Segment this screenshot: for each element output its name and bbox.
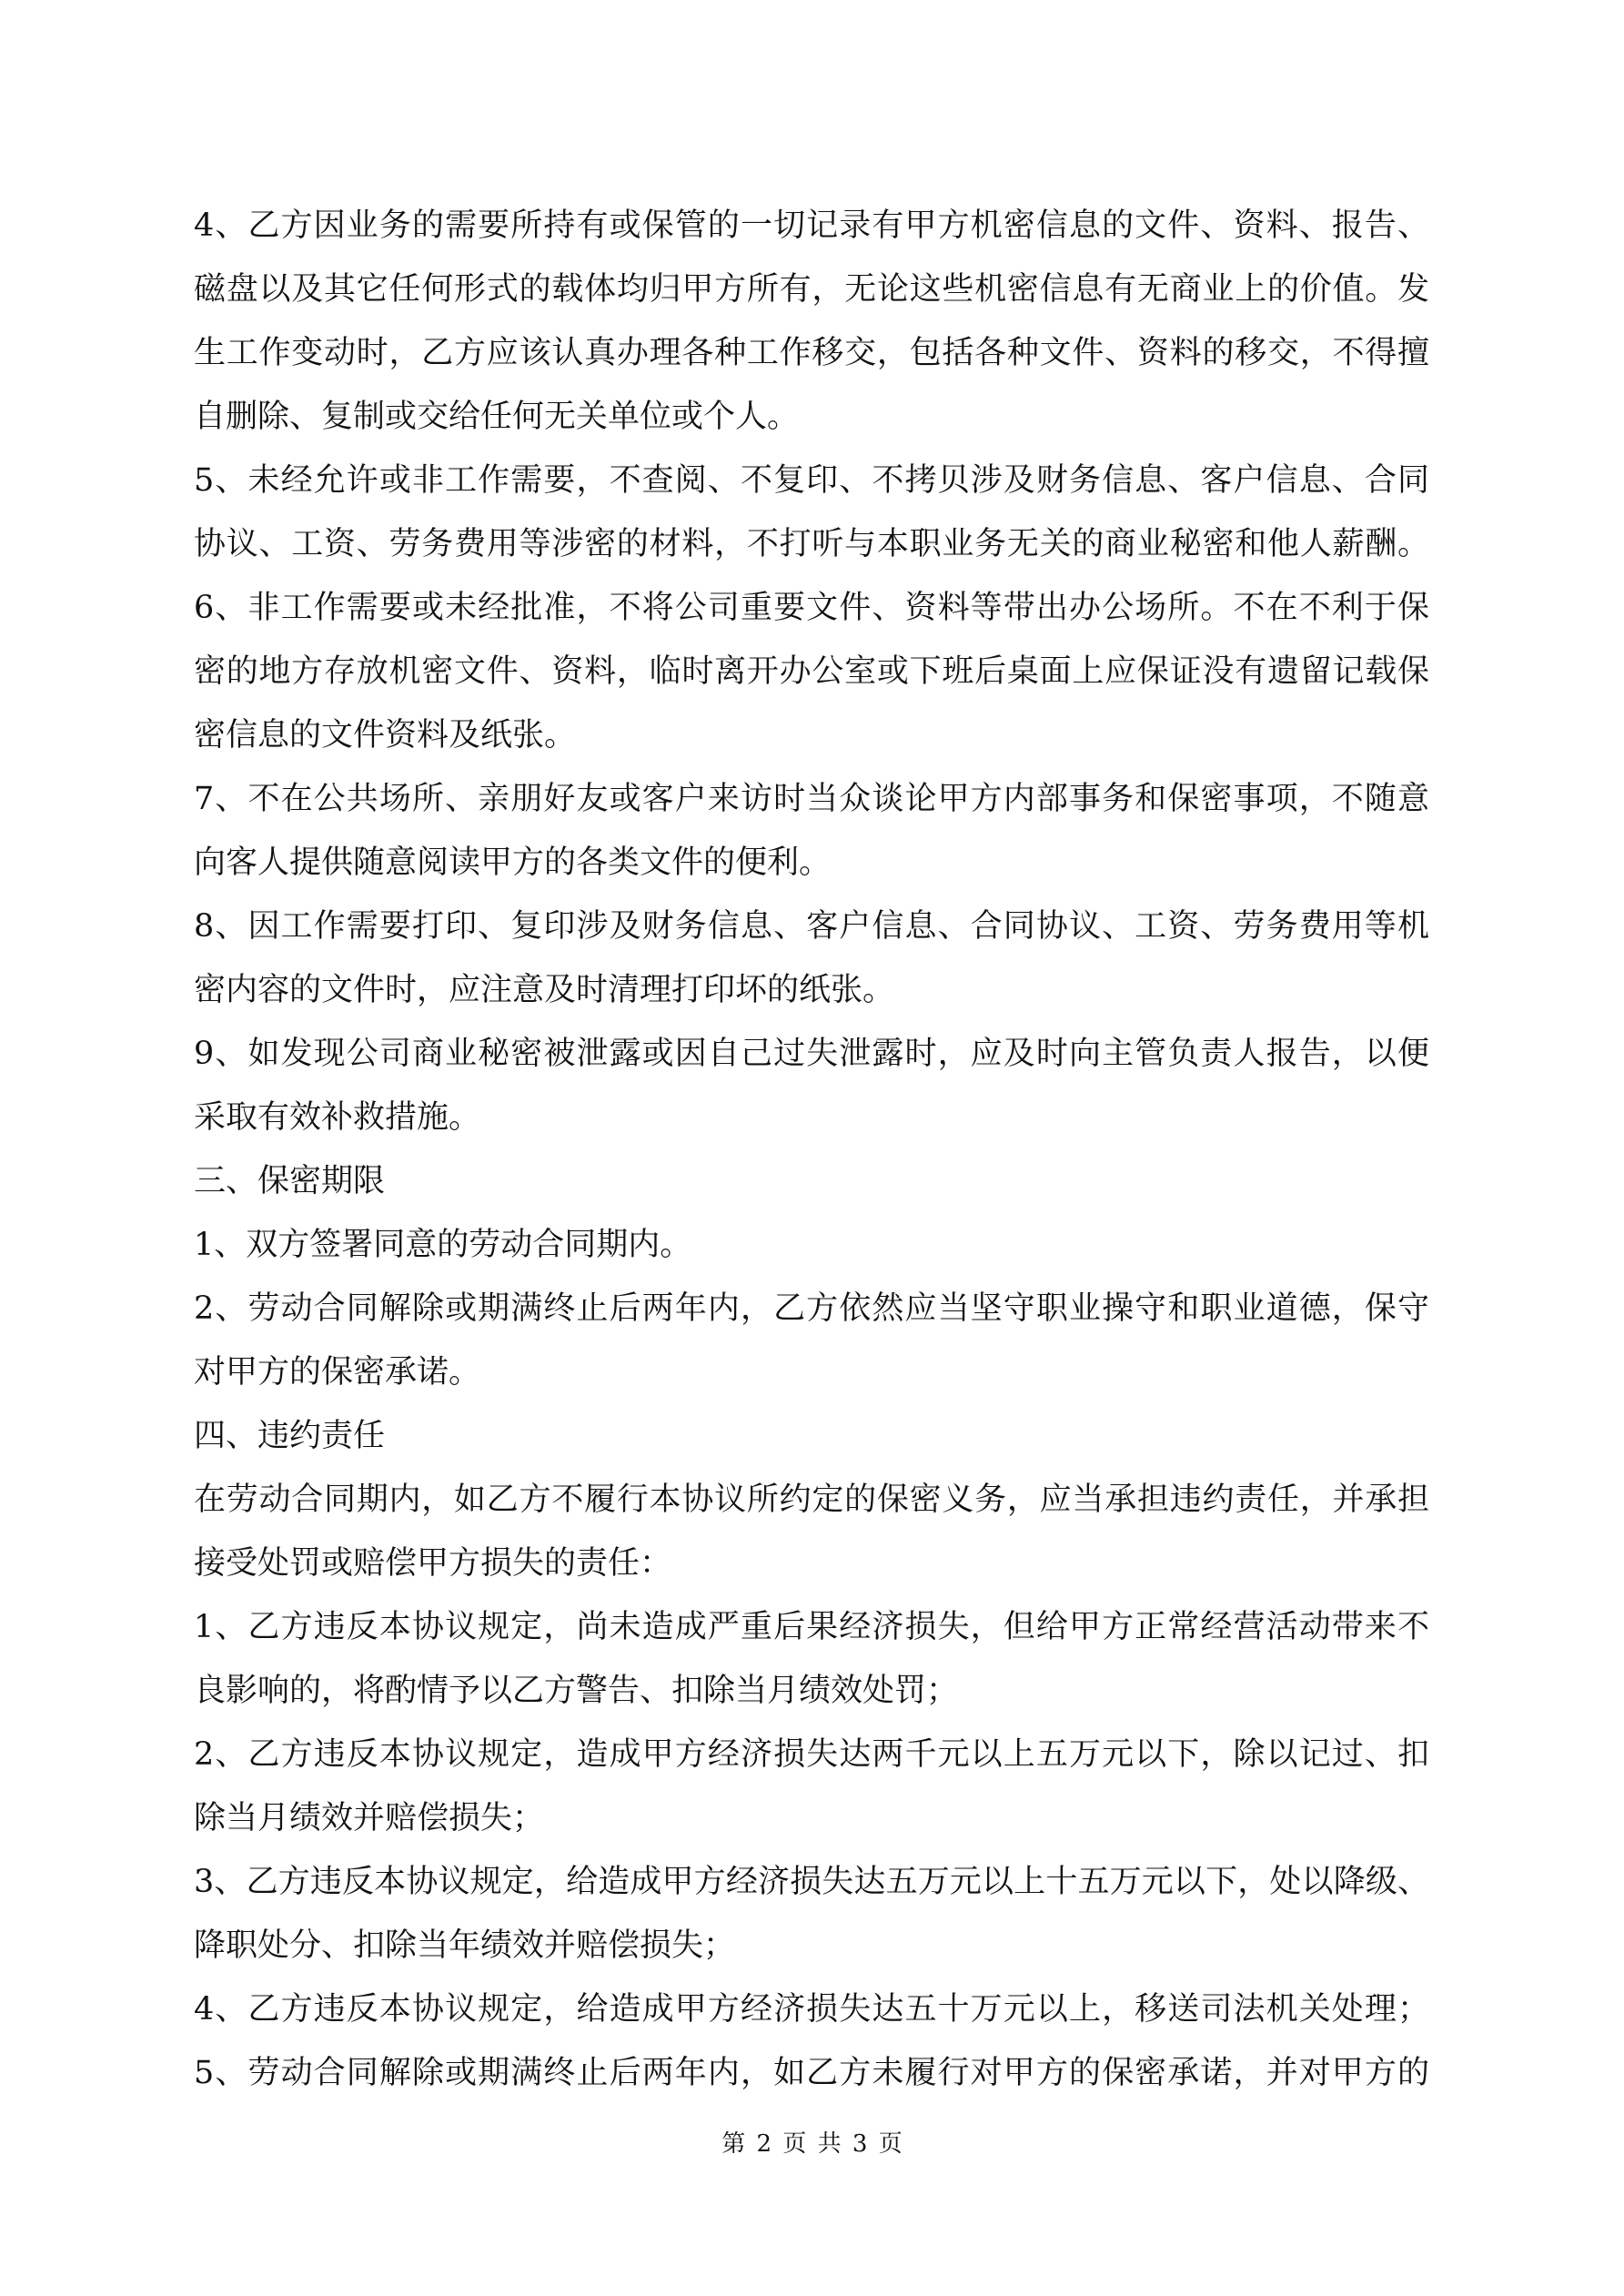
text-line: 向客人提供随意阅读甲方的各类文件的便利。: [194, 839, 1429, 903]
text-line: 5、未经允许或非工作需要，不查阅、不复印、不拷贝涉及财务信息、客户信息、合同: [194, 457, 1429, 521]
text-line: 磁盘以及其它任何形式的载体均归甲方所有，无论这些机密信息有无商业上的价值。发: [194, 266, 1429, 329]
text-line: 密的地方存放机密文件、资料，临时离开办公室或下班后桌面上应保证没有遗留记载保: [194, 648, 1429, 712]
text-line: 协议、工资、劳务费用等涉密的材料，不打听与本职业务无关的商业秘密和他人薪酬。: [194, 521, 1429, 584]
document-page: 4、乙方因业务的需要所持有或保管的一切记录有甲方机密信息的文件、资料、报告、 磁…: [0, 0, 1624, 2296]
text-line: 密信息的文件资料及纸张。: [194, 712, 1429, 775]
text-line: 1、乙方违反本协议规定，尚未造成严重后果经济损失，但给甲方正常经营活动带来不: [194, 1603, 1429, 1667]
text-line: 在劳动合同期内，如乙方不履行本协议所约定的保密义务，应当承担违约责任，并承担: [194, 1476, 1429, 1540]
text-line: 2、乙方违反本协议规定，造成甲方经济损失达两千元以上五万元以下，除以记过、扣: [194, 1731, 1429, 1795]
document-body: 4、乙方因业务的需要所持有或保管的一切记录有甲方机密信息的文件、资料、报告、 磁…: [194, 202, 1429, 2113]
text-line: 密内容的文件时，应注意及时清理打印坏的纸张。: [194, 966, 1429, 1030]
text-line: 9、如发现公司商业秘密被泄露或因自己过失泄露时，应及时向主管负责人报告，以便: [194, 1030, 1429, 1094]
text-line: 1、双方签署同意的劳动合同期内。: [194, 1221, 1429, 1285]
text-line: 接受处罚或赔偿甲方损失的责任：: [194, 1540, 1429, 1603]
text-line: 采取有效补救措施。: [194, 1094, 1429, 1158]
section-heading: 三、保密期限: [194, 1158, 1429, 1221]
text-line: 6、非工作需要或未经批准，不将公司重要文件、资料等带出办公场所。不在不利于保: [194, 584, 1429, 648]
text-line: 7、不在公共场所、亲朋好友或客户来访时当众谈论甲方内部事务和保密事项，不随意: [194, 775, 1429, 839]
text-line: 降职处分、扣除当年绩效并赔偿损失；: [194, 1922, 1429, 1986]
text-line: 8、因工作需要打印、复印涉及财务信息、客户信息、合同协议、工资、劳务费用等机: [194, 903, 1429, 966]
text-line: 5、劳动合同解除或期满终止后两年内，如乙方未履行对甲方的保密承诺，并对甲方的: [194, 2049, 1429, 2113]
text-line: 生工作变动时，乙方应该认真办理各种工作移交，包括各种文件、资料的移交，不得擅: [194, 329, 1429, 393]
text-line: 2、劳动合同解除或期满终止后两年内，乙方依然应当坚守职业操守和职业道德，保守: [194, 1285, 1429, 1349]
text-line: 自删除、复制或交给任何无关单位或个人。: [194, 393, 1429, 457]
section-heading: 四、违约责任: [194, 1412, 1429, 1476]
page-number-footer: 第 2 页 共 3 页: [0, 2126, 1624, 2162]
text-line: 3、乙方违反本协议规定，给造成甲方经济损失达五万元以上十五万元以下，处以降级、: [194, 1858, 1429, 1922]
text-line: 除当月绩效并赔偿损失；: [194, 1795, 1429, 1858]
text-line: 良影响的，将酌情予以乙方警告、扣除当月绩效处罚；: [194, 1667, 1429, 1731]
text-line: 对甲方的保密承诺。: [194, 1349, 1429, 1412]
text-line: 4、乙方违反本协议规定，给造成甲方经济损失达五十万元以上，移送司法机关处理；: [194, 1986, 1429, 2049]
text-line: 4、乙方因业务的需要所持有或保管的一切记录有甲方机密信息的文件、资料、报告、: [194, 202, 1429, 266]
